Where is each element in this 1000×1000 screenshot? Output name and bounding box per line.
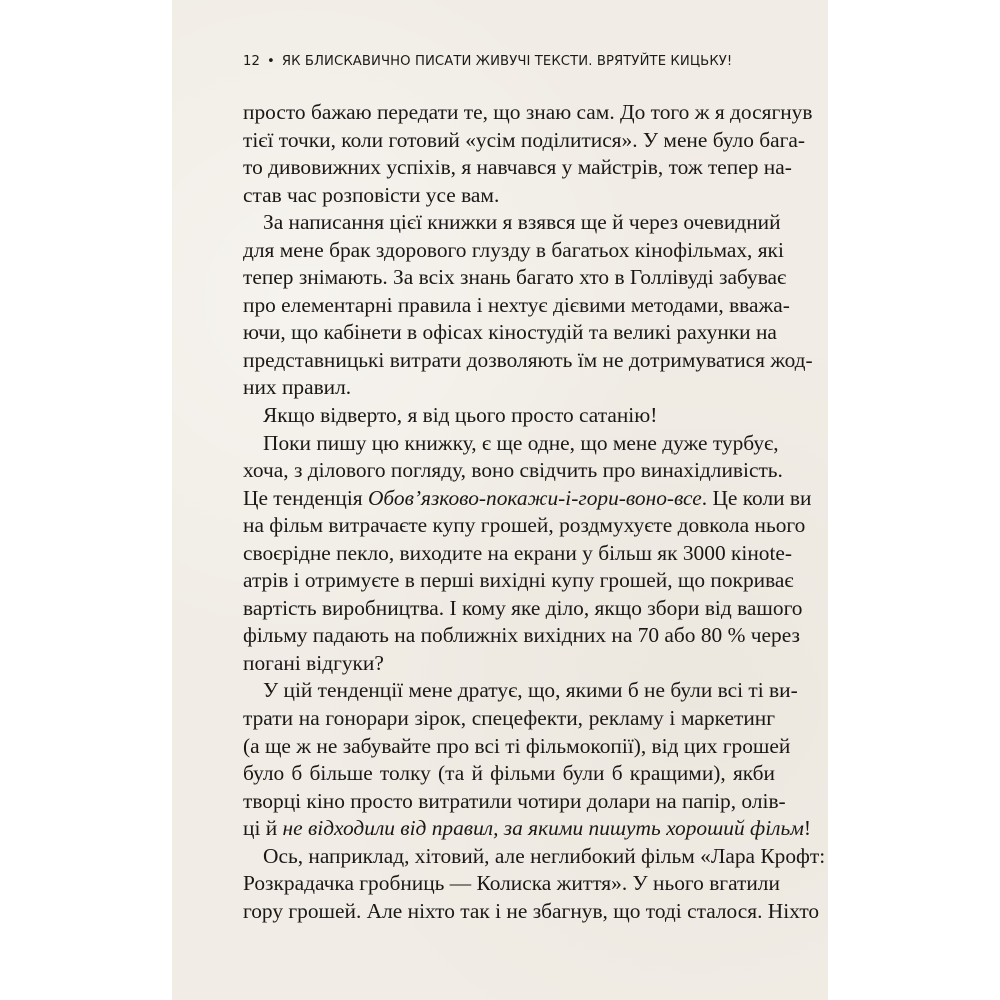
body-text: просто бажаю передати те, що знаю сам. Д… xyxy=(243,99,775,925)
italic-phrase: не відходили від правил, за якими пишуть… xyxy=(283,816,804,840)
book-title: ЯК БЛИСКАВИЧНО ПИСАТИ ЖИВУЧІ ТЕКСТИ. ВРЯ… xyxy=(282,54,732,69)
text-line: своєрідне пекло, виходите на екрани у бі… xyxy=(243,540,775,568)
text-line: (а ще ж не забувайте про всі ті фільмоко… xyxy=(243,733,775,761)
text-line: то дивовижних успіхів, я навчався у майс… xyxy=(243,154,775,182)
text-line: атрів і отримуєте в перші вихідні купу г… xyxy=(243,567,775,595)
text-line: на фільм витрачаєте купу грошей, роздмух… xyxy=(243,512,775,540)
text-run: . Це коли ви xyxy=(702,486,812,510)
text-line: тієї точки, коли готовий «усім поділитис… xyxy=(243,127,775,155)
italic-phrase: Обов’язково-покажи-і-гори-воно-все xyxy=(368,486,702,510)
running-head: 12•ЯК БЛИСКАВИЧНО ПИСАТИ ЖИВУЧІ ТЕКСТИ. … xyxy=(243,53,803,71)
text-line: творці кіно просто витратили чотири дола… xyxy=(243,788,775,816)
text-line: ючи, що кабінети в офісах кіностудій та … xyxy=(243,319,775,347)
text-line: У цій тенденції мене дратує, що, якими б… xyxy=(243,677,775,705)
text-line-mixed: ці й не відходили від правил, за якими п… xyxy=(243,815,775,843)
text-line: трати на гонорари зірок, спецефекти, рек… xyxy=(243,705,775,733)
bullet-separator: • xyxy=(267,53,275,71)
text-line-mixed: Це тенденція Обов’язково-покажи-і-гори-в… xyxy=(243,485,775,513)
text-line: фільму падають на поближніх вихідних на … xyxy=(243,622,775,650)
page-number: 12 xyxy=(243,54,260,69)
text-run: Це тенденція xyxy=(243,486,368,510)
text-line: тепер знімають. За всіх знань багато хто… xyxy=(243,264,775,292)
text-run: ! xyxy=(804,816,811,840)
text-line: гору грошей. Але ніхто так і не збагнув,… xyxy=(243,898,775,926)
text-line: вартість виробництва. І кому яке діло, я… xyxy=(243,595,775,623)
text-line: Поки пишу цю книжку, є ще одне, що мене … xyxy=(243,430,775,458)
text-line: Ось, наприклад, хітовий, але неглибокий … xyxy=(243,843,775,871)
text-line: Якщо відверто, я від цього просто сатані… xyxy=(243,402,775,430)
text-line: хоча, з ділового погляду, воно свідчить … xyxy=(243,457,775,485)
text-line: Розкрадачка гробниць — Колиска життя». У… xyxy=(243,870,775,898)
text-line: став час розповісти усе вам. xyxy=(243,182,775,210)
text-line: було б більше толку (та й фільми були б … xyxy=(243,760,775,788)
text-line: для мене брак здорового глузду в багатьо… xyxy=(243,237,775,265)
text-line: про елементарні правила і нехтує дієвими… xyxy=(243,292,775,320)
text-line: представницькі витрати дозволяють їм не … xyxy=(243,347,775,375)
text-line: погані відгуки? xyxy=(243,650,775,678)
text-line: просто бажаю передати те, що знаю сам. Д… xyxy=(243,99,775,127)
text-run: ці й xyxy=(243,816,283,840)
text-line: них правил. xyxy=(243,374,775,402)
text-line: За написання цієї книжки я взявся ще й ч… xyxy=(243,209,775,237)
